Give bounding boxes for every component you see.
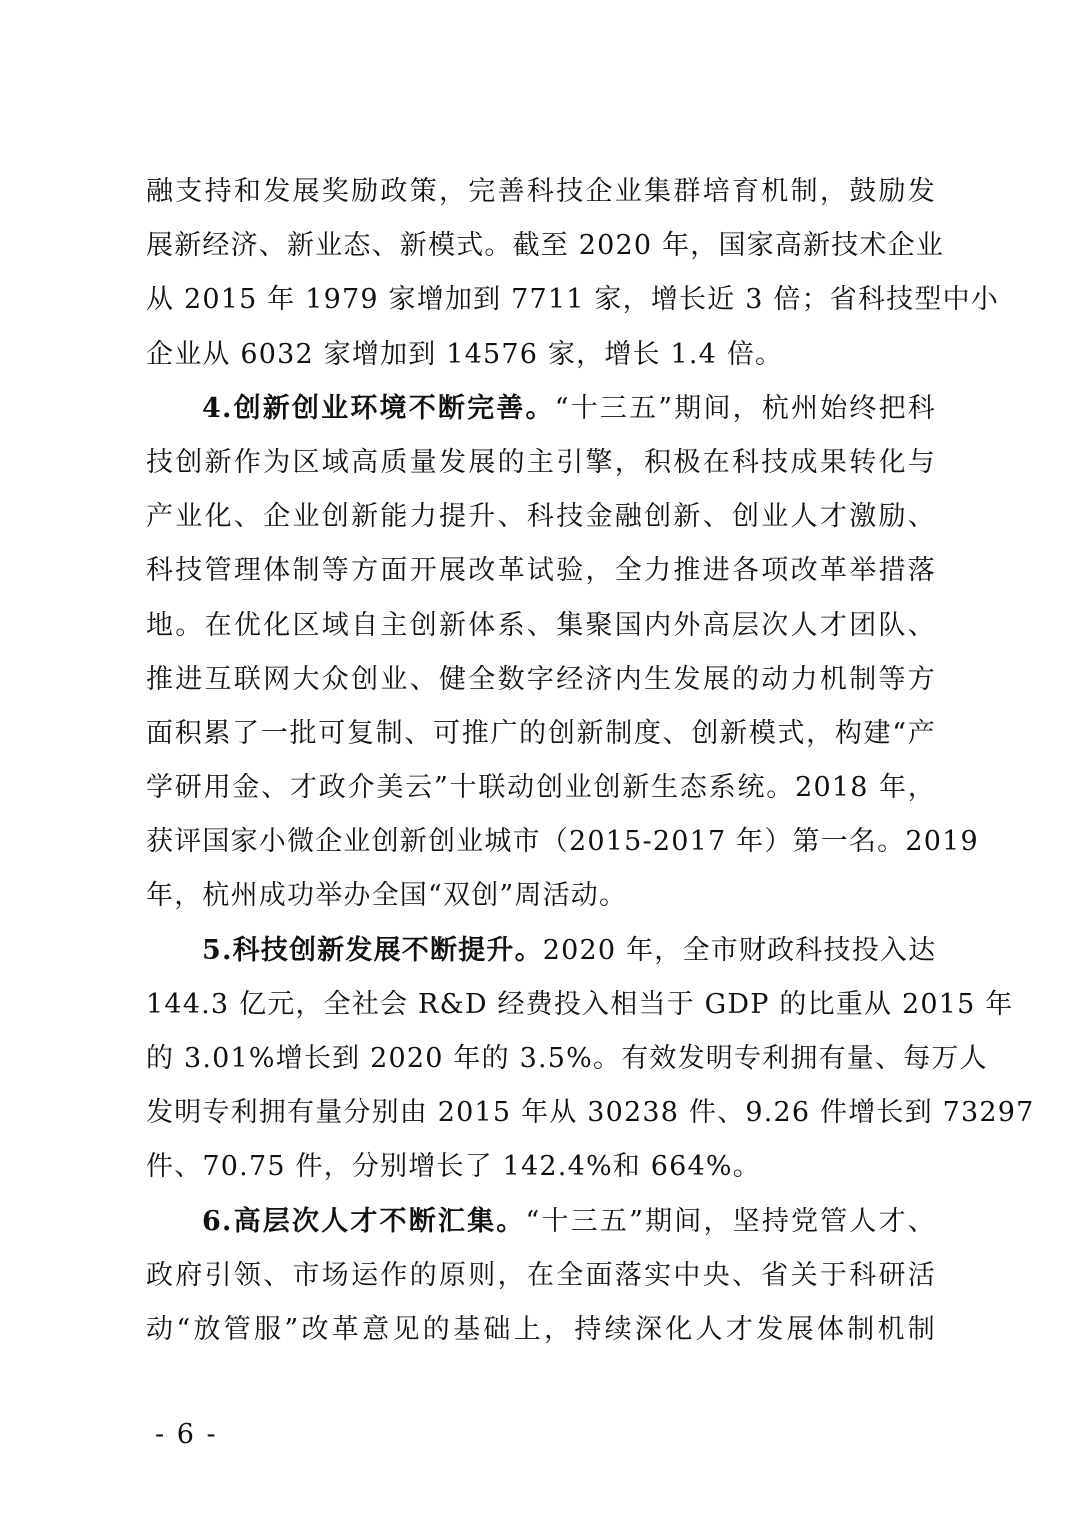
paragraph-talent: 6.高层次人才不断汇集。“十三五”期间，坚持党管人才、 政府引领、市场运作的原则… (146, 1195, 936, 1358)
text-line: 展新经济、新业态、新模式。截至 2020 年，国家高新技术企业 (146, 219, 936, 273)
text-line: 融支持和发展奖励政策，完善科技企业集群培育机制，鼓励发 (146, 165, 936, 219)
text-line: 政府引领、市场运作的原则，在全面落实中央、省关于科研活 (146, 1249, 936, 1303)
text-line: 企业从 6032 家增加到 14576 家，增长 1.4 倍。 (146, 328, 936, 382)
text-line: 6.高层次人才不断汇集。“十三五”期间，坚持党管人才、 (146, 1195, 936, 1249)
body-text: 融支持和发展奖励政策，完善科技企业集群培育机制，鼓励发 展新经济、新业态、新模式… (146, 165, 936, 1357)
text-span: 2020 年，全市财政科技投入达 (543, 935, 937, 966)
text-line: 从 2015 年 1979 家增加到 7711 家，增长近 3 倍；省科技型中小 (146, 273, 936, 327)
document-page: 融支持和发展奖励政策，完善科技企业集群培育机制，鼓励发 展新经济、新业态、新模式… (0, 0, 1080, 1527)
text-line: 动“放管服”改革意见的基础上，持续深化人才发展体制机制 (146, 1303, 936, 1357)
text-span: “十三五”期间，杭州始终把科 (555, 393, 936, 424)
paragraph-tech-innovation: 5.科技创新发展不断提升。2020 年，全市财政科技投入达 144.3 亿元，全… (146, 924, 936, 1195)
text-line: 学研用金、才政介美云”十联动创业创新生态系统。2018 年， (146, 761, 936, 815)
text-line: 件、70.75 件，分别增长了 142.4%和 664%。 (146, 1140, 936, 1194)
paragraph-innovation-environment: 4.创新创业环境不断完善。“十三五”期间，杭州始终把科 技创新作为区域高质量发展… (146, 382, 936, 924)
section-heading: 5.科技创新发展不断提升。 (202, 935, 543, 966)
paragraph-continuation: 融支持和发展奖励政策，完善科技企业集群培育机制，鼓励发 展新经济、新业态、新模式… (146, 165, 936, 382)
page-number: - 6 - (155, 1408, 218, 1462)
text-line: 技创新作为区域高质量发展的主引擎，积极在科技成果转化与 (146, 436, 936, 490)
text-line: 推进互联网大众创业、健全数字经济内生发展的动力机制等方 (146, 653, 936, 707)
text-span: “十三五”期间，坚持党管人才、 (526, 1206, 937, 1237)
text-line: 产业化、企业创新能力提升、科技金融创新、创业人才激励、 (146, 490, 936, 544)
text-line: 年，杭州成功举办全国“双创”周活动。 (146, 869, 936, 923)
text-line: 科技管理体制等方面开展改革试验，全力推进各项改革举措落 (146, 544, 936, 598)
text-line: 发明专利拥有量分别由 2015 年从 30238 件、9.26 件增长到 732… (146, 1086, 936, 1140)
text-line: 地。在优化区域自主创新体系、集聚国内外高层次人才团队、 (146, 599, 936, 653)
section-heading: 6.高层次人才不断汇集。 (202, 1206, 526, 1237)
text-line: 144.3 亿元，全社会 R&D 经费投入相当于 GDP 的比重从 2015 年 (146, 978, 936, 1032)
text-line: 面积累了一批可复制、可推广的创新制度、创新模式，构建“产 (146, 707, 936, 761)
text-line: 5.科技创新发展不断提升。2020 年，全市财政科技投入达 (146, 924, 936, 978)
text-line: 4.创新创业环境不断完善。“十三五”期间，杭州始终把科 (146, 382, 936, 436)
text-line: 的 3.01%增长到 2020 年的 3.5%。有效发明专利拥有量、每万人 (146, 1032, 936, 1086)
text-line: 获评国家小微企业创新创业城市（2015-2017 年）第一名。2019 (146, 815, 936, 869)
section-heading: 4.创新创业环境不断完善。 (202, 393, 555, 424)
